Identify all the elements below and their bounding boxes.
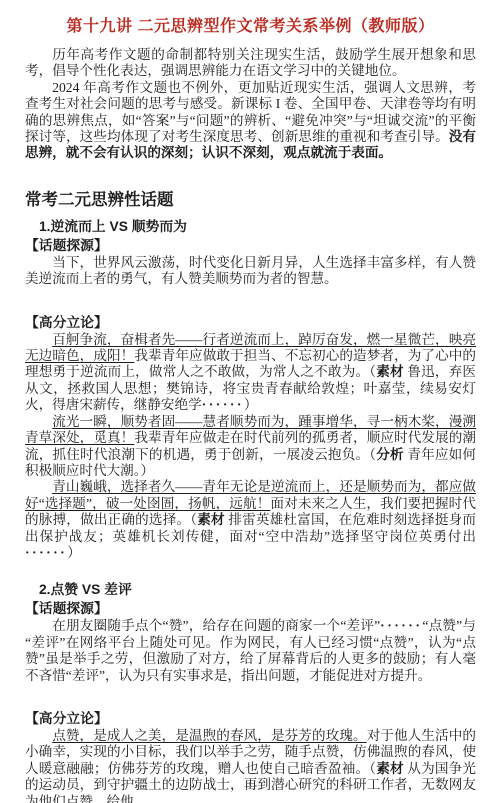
topic-1-thesis-paragraph-3: 青山巍峨，选择者久——青年无论是逆流而上，还是顺势而为，都应做好“选择题”，破一… [25, 479, 476, 561]
ellipsis-dots: ······ [202, 397, 244, 412]
document-page: 第十九讲 二元思辨型作文常考关系举例（教师版）历年高考作文题的命制都特别关注现实… [0, 0, 500, 803]
doc-title: 第十九讲 二元思辨型作文常考关系举例（教师版） [25, 16, 476, 38]
emphasis-run: 素材 [197, 512, 225, 527]
ellipsis-dots: ······ [380, 618, 422, 633]
text-run: 历年高考作文题的命制都特别关注现实生活，鼓励学生展开想象和思考，倡导个性化表达，… [25, 47, 476, 78]
document-body: 第十九讲 二元思辨型作文常考关系举例（教师版）历年高考作文题的命制都特别关注现实… [25, 16, 476, 803]
text-run: 【高分立论】 [25, 315, 108, 330]
text-run: 【高分立论】 [25, 711, 108, 726]
ellipsis-dots: ······ [25, 545, 67, 560]
topic-1-heading: 1.逆流而上 VS 顺势而为 [25, 218, 476, 235]
intro-paragraph-2: 2024 年高考作文题也不例外，更加贴近现实生活，强调人文思辨，考查考生对社会问… [25, 80, 476, 162]
topic-1-origin-paragraph: 当下，世界风云激荡，时代变化日新月异，人生选择丰富多样，有人赞美逆流而上者的勇气… [25, 255, 476, 288]
topic-1-thesis-label: 【高分立论】 [25, 314, 476, 331]
text-run: 【话题探源】 [25, 238, 108, 253]
topic-1-origin-label: 【话题探源】 [25, 237, 476, 254]
text-run: ） [67, 545, 81, 560]
text-run: 2024 年高考作文题也不例外，更加贴近现实生活，强调人文思辨，考查考生对社会问… [25, 80, 476, 144]
emphasis-run: 分析 [376, 447, 404, 462]
topic-1-thesis-paragraph-2: 流光一瞬，顺势者固——慧者顺势而为，踵事增华，寻一柄木桨，漫溯青草深处，觅真！我… [25, 414, 476, 480]
topic-2-origin-label: 【话题探源】 [25, 600, 476, 617]
text-run: 常考二元思辨性话题 [25, 191, 174, 209]
text-run: 当下，世界风云激荡，时代变化日新月异，人生选择丰富多样，有人赞美逆流而上者的勇气… [25, 255, 476, 286]
underlined-run: 点赞，是成人之美，是温煦的春风，是芬芳的玫瑰。 [52, 728, 367, 743]
intro-paragraph-1: 历年高考作文题的命制都特别关注现实生活，鼓励学生展开想象和思考，倡导个性化表达，… [25, 47, 476, 80]
emphasis-run: 第十九讲 二元思辨型作文常考关系举例（教师版） [67, 18, 435, 35]
emphasis-run: 素材 [376, 761, 404, 776]
page-number: 1 [0, 780, 500, 792]
section-heading-topics: 常考二元思辨性话题 [25, 190, 476, 210]
text-run: 2.点赞 VS 差评 [39, 582, 132, 597]
topic-2-heading: 2.点赞 VS 差评 [25, 581, 476, 598]
topic-1-thesis-paragraph-1: 百舸争流，奋楫者先——行者逆流而上，踔厉奋发，燃一星微芒，映亮无边暗色，成阳！我… [25, 332, 476, 414]
text-run: ） [244, 397, 258, 412]
text-run: 在朋友圈随手点个“赞”，给存在问题的商家一个“差评” [52, 618, 380, 633]
text-run: 【话题探源】 [25, 601, 108, 616]
topic-2-thesis-label: 【高分立论】 [25, 710, 476, 727]
text-run: 1.逆流而上 VS 顺势而为 [39, 219, 187, 234]
topic-2-origin-paragraph: 在朋友圈随手点个“赞”，给存在问题的商家一个“差评”······“点赞”与“差评… [25, 618, 476, 684]
emphasis-run: 素材 [376, 364, 404, 379]
